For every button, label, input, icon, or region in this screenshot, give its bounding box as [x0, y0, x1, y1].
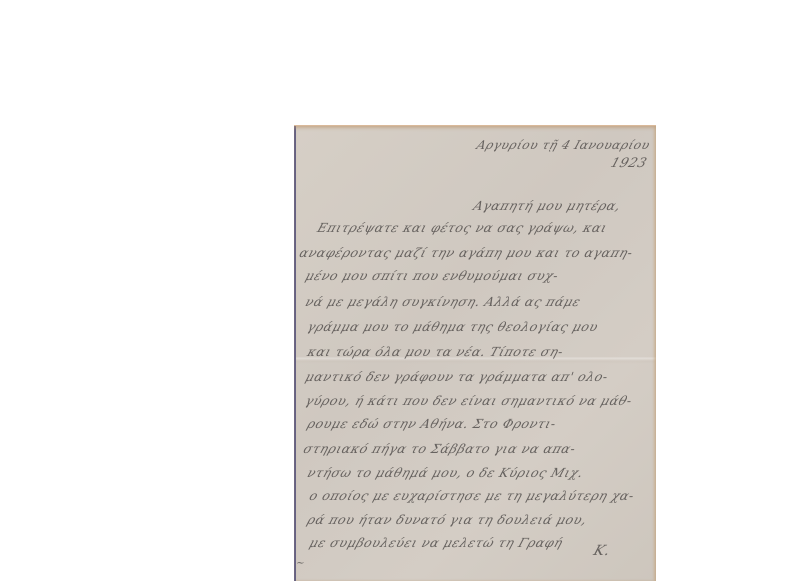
- body-line: Επιτρέψατε και φέτος να σας γράψω, και: [316, 220, 610, 235]
- body-line: ρουμε εδώ στην Αθήνα. Στο Φροντι-: [306, 416, 559, 431]
- body-line: με συμβουλεύει να μελετώ τη Γραφή: [308, 535, 566, 550]
- body-line: μένο μου σπίτι που ενθυμούμαι συχ-: [304, 268, 561, 283]
- date-line: Αργυρίου τῇ 4 Ιανουαρίου: [475, 138, 652, 152]
- salutation: Αγαπητή μου μητέρα,: [472, 198, 624, 213]
- letter-paper: Αργυρίου τῇ 4 Ιανουαρίου 1923 Αγαπητή μο…: [294, 125, 656, 581]
- closing-mark: ~: [294, 558, 307, 569]
- body-line: και τώρα όλα μου τα νέα. Τίποτε ση-: [306, 344, 566, 359]
- body-line: μαντικό δεν γράφουν τα γράμματα απ' ολο-: [304, 369, 611, 384]
- body-line: ρά που ήταν δυνατό για τη δουλειά μου,: [306, 512, 590, 527]
- body-line: γράμμα μου το μάθημα της θεολογίας μου: [306, 319, 601, 334]
- body-line: στηριακό πήγα το Σάββατο για να απα-: [302, 441, 579, 456]
- signature: Κ.: [591, 543, 612, 559]
- body-line: ο οποίος με ευχαρίστησε με τη μεγαλύτερη…: [308, 488, 637, 503]
- body-line: αναφέροντας μαζί την αγάπη μου και το αγ…: [298, 245, 636, 260]
- body-line: νά με μεγάλη συγκίνηση. Αλλά ας πάμε: [304, 294, 583, 309]
- body-line: γύρου, ή κάτι που δεν είναι σημαντικό να…: [304, 393, 635, 408]
- body-line: ντήσω το μάθημά μου, ο δε Κύριος Μιχ.: [306, 465, 586, 480]
- year: 1923: [608, 156, 648, 171]
